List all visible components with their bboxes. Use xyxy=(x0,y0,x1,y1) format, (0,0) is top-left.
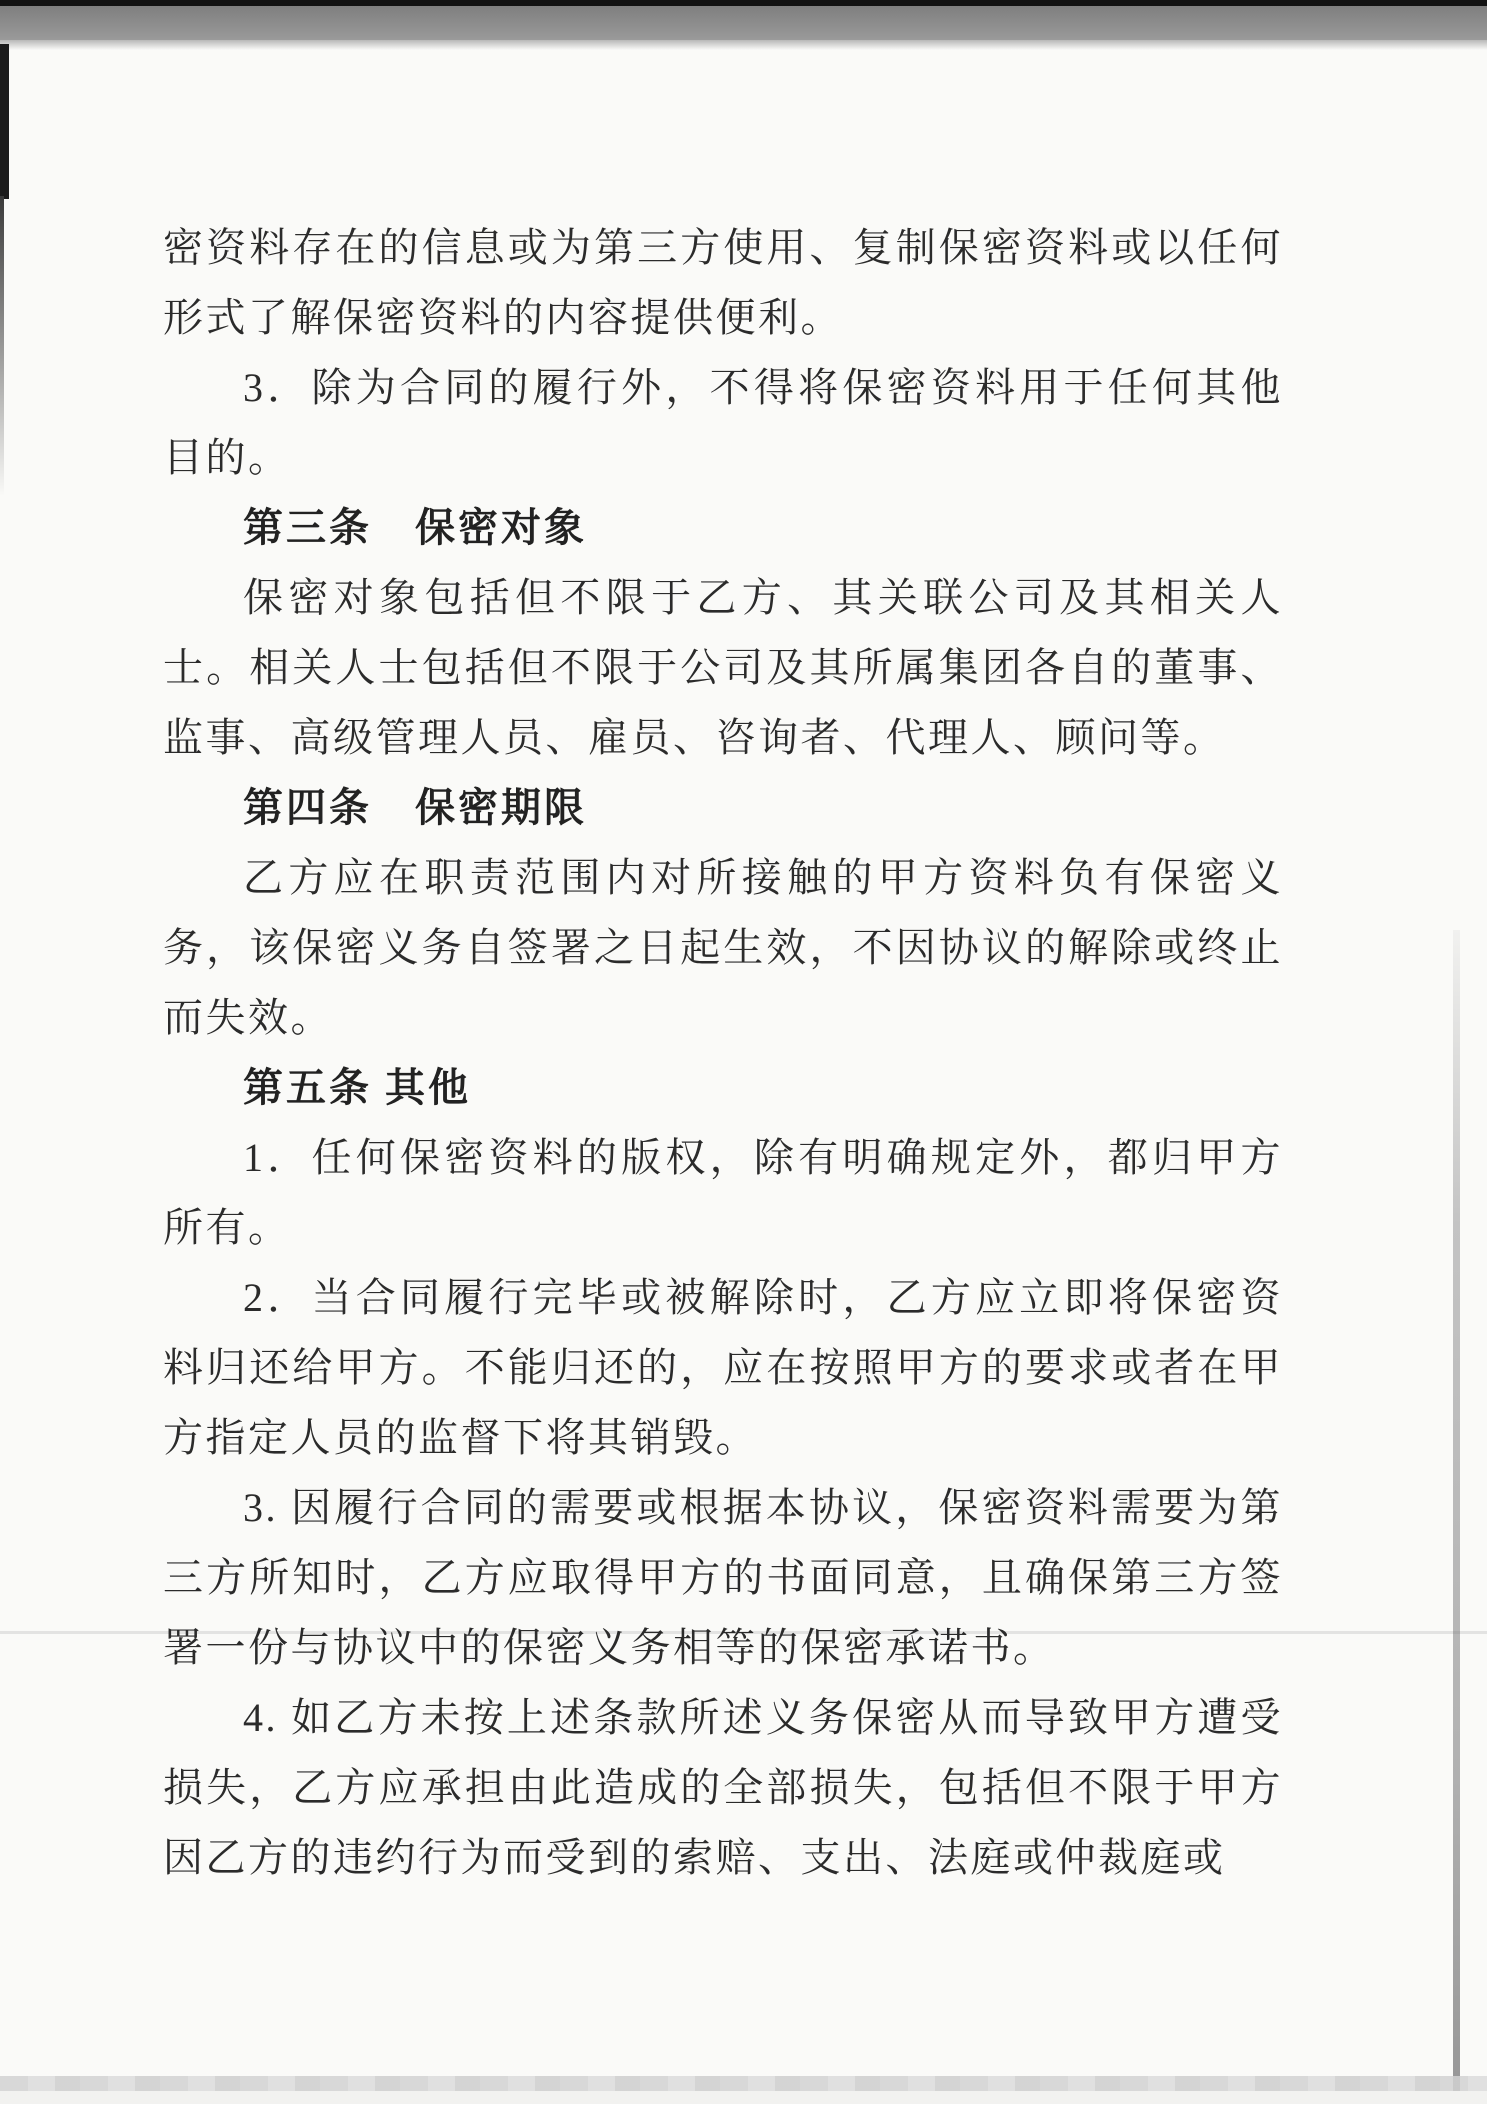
section-heading-article-4: 第四条 保密期限 xyxy=(163,773,1283,843)
paragraph-continuation: 密资料存在的信息或为第三方使用、复制保密资料或以任何形式了解保密资料的内容提供便… xyxy=(163,213,1283,353)
scan-left-thin-line xyxy=(0,196,4,496)
scanned-document-page: 密资料存在的信息或为第三方使用、复制保密资料或以任何形式了解保密资料的内容提供便… xyxy=(0,0,1487,2104)
contract-text-block: 密资料存在的信息或为第三方使用、复制保密资料或以任何形式了解保密资料的内容提供便… xyxy=(163,213,1283,1893)
scan-bottom-gray-band xyxy=(0,2076,1487,2091)
section-heading-article-3: 第三条 保密对象 xyxy=(163,493,1283,563)
article-5-item-2: 2．当合同履行完毕或被解除时，乙方应立即将保密资料归还给甲方。不能归还的，应在按… xyxy=(163,1263,1283,1473)
clause-item-3: 3．除为合同的履行外，不得将保密资料用于任何其他目的。 xyxy=(163,353,1283,493)
scan-left-dark-strip xyxy=(0,44,9,199)
article-5-item-1: 1．任何保密资料的版权，除有明确规定外，都归甲方所有。 xyxy=(163,1123,1283,1263)
paper-top-shadow xyxy=(0,40,1487,50)
scan-right-gray-line xyxy=(1453,930,1460,2104)
article-3-body: 保密对象包括但不限于乙方、其关联公司及其相关人士。相关人士包括但不限于公司及其所… xyxy=(163,563,1283,773)
article-5-item-4: 4. 如乙方未按上述条款所述义务保密从而导致甲方遭受损失，乙方应承担由此造成的全… xyxy=(163,1683,1283,1893)
scan-top-gray-band xyxy=(0,6,1487,40)
scan-bottom-white-edge xyxy=(0,2091,1487,2104)
section-heading-article-5: 第五条 其他 xyxy=(163,1053,1283,1123)
article-5-item-3: 3. 因履行合同的需要或根据本协议，保密资料需要为第三方所知时，乙方应取得甲方的… xyxy=(163,1473,1283,1683)
article-4-body: 乙方应在职责范围内对所接触的甲方资料负有保密义务，该保密义务自签署之日起生效，不… xyxy=(163,843,1283,1053)
